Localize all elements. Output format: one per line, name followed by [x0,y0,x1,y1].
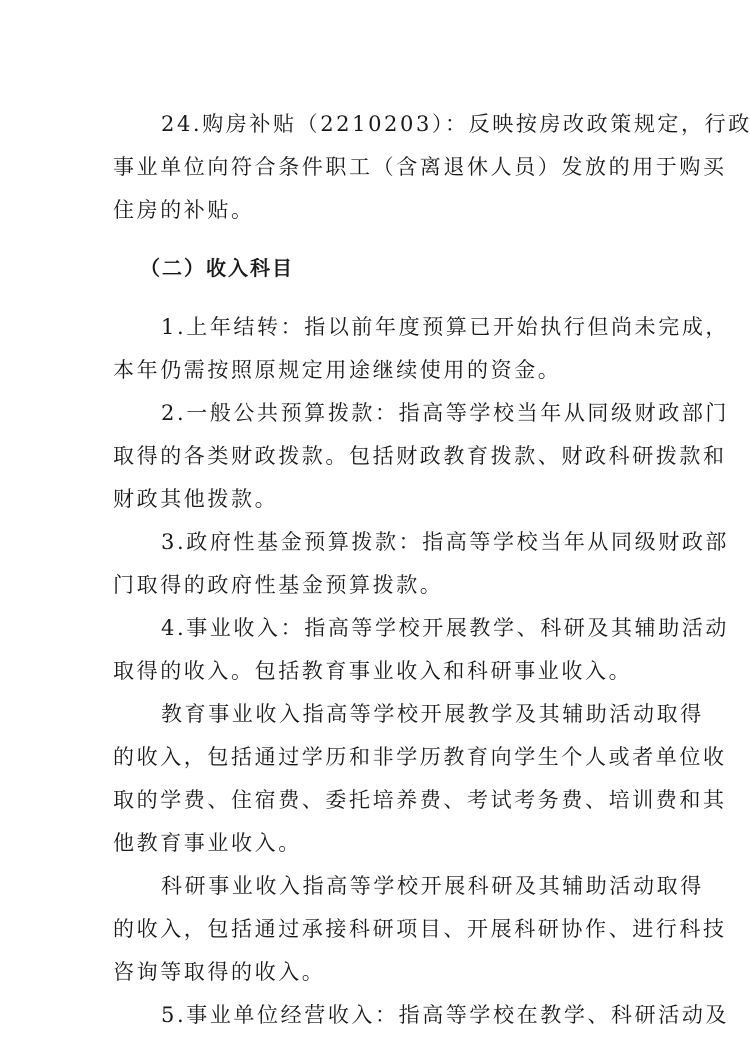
paragraph-2-line-1: 2.一般公共预算拨款：指高等学校当年从同级财政部门 [161,399,643,427]
paragraph-4-line-2: 取得的收入。包括教育事业收入和科研事业收入。 [113,657,643,685]
paragraph-24-line-2: 事业单位向符合条件职工（含离退休人员）发放的用于购买 [113,153,643,181]
paragraph-2-line-2: 取得的各类财政拨款。包括财政教育拨款、财政科研拨款和 [113,442,643,470]
section-heading: （二）收入科目 [140,254,294,282]
paragraph-24-line-1: 24.购房补贴（2210203）：反映按房改政策规定，行政 [161,110,643,138]
paragraph-research-line-1: 科研事业收入指高等学校开展科研及其辅助活动取得 [161,872,643,900]
paragraph-2-line-3: 财政其他拨款。 [113,485,643,513]
paragraph-3-line-1: 3.政府性基金预算拨款：指高等学校当年从同级财政部 [161,528,643,556]
paragraph-research-line-2: 的收入，包括通过承接科研项目、开展科研协作、进行科技 [113,915,643,943]
paragraph-research-line-3: 咨询等取得的收入。 [113,958,643,986]
paragraph-education-line-4: 他教育事业收入。 [113,829,643,857]
paragraph-education-line-2: 的收入，包括通过学历和非学历教育向学生个人或者单位收 [113,743,643,771]
paragraph-24-line-3: 住房的补贴。 [113,196,643,224]
paragraph-education-line-1: 教育事业收入指高等学校开展教学及其辅助活动取得 [161,700,643,728]
paragraph-education-line-3: 取的学费、住宿费、委托培养费、考试考务费、培训费和其 [113,786,643,814]
paragraph-5-line-1: 5.事业单位经营收入：指高等学校在教学、科研活动及 [161,1001,643,1029]
paragraph-3-line-2: 门取得的政府性基金预算拨款。 [113,571,643,599]
paragraph-1-line-2: 本年仍需按照原规定用途继续使用的资金。 [113,356,643,384]
paragraph-4-line-1: 4.事业收入：指高等学校开展教学、科研及其辅助活动 [161,614,643,642]
paragraph-1-line-1: 1.上年结转：指以前年度预算已开始执行但尚未完成， [161,313,643,341]
document-page: 24.购房补贴（2210203）：反映按房改政策规定，行政 事业单位向符合条件职… [0,0,750,1060]
